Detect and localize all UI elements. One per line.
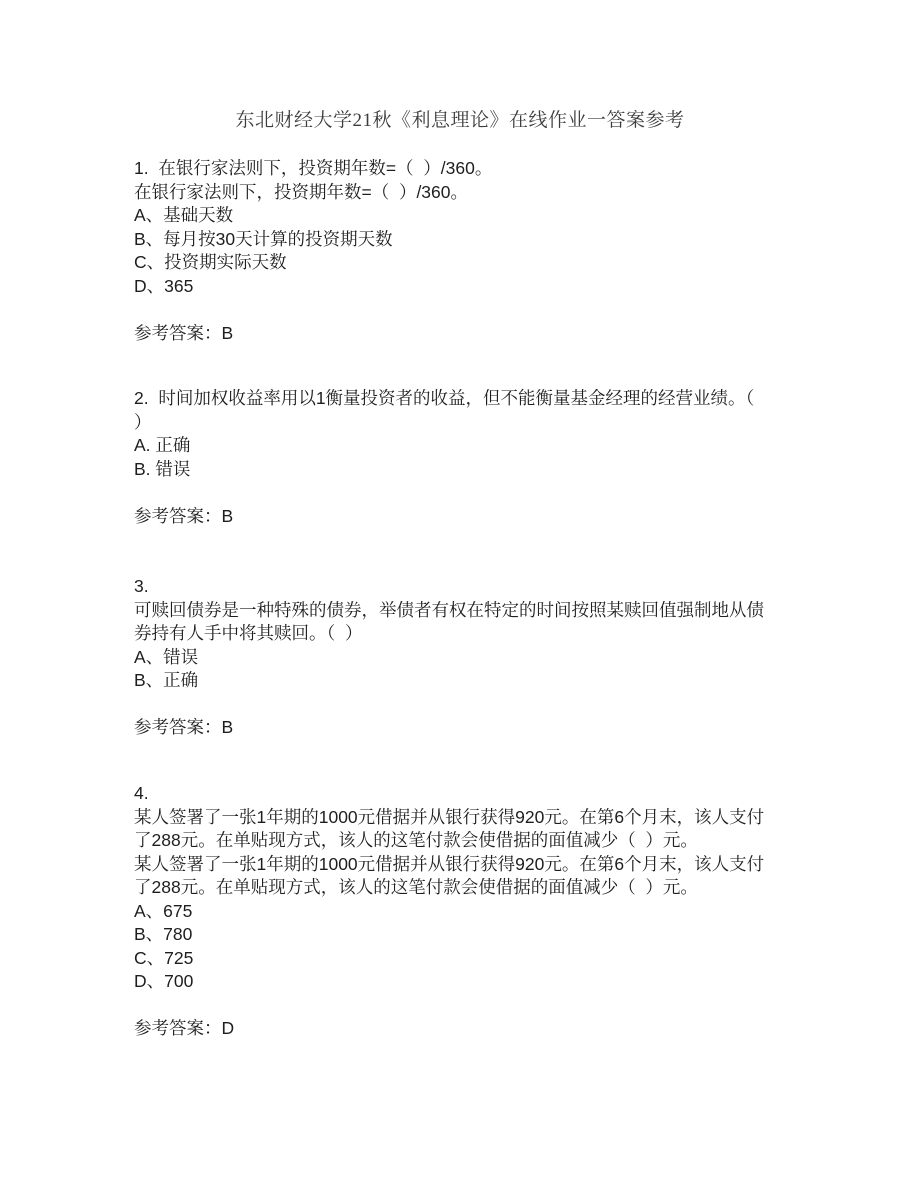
text-line: A、基础天数 — [134, 204, 834, 228]
answer-row-3: 参考答案：B — [134, 716, 834, 740]
text-line: 某人签署了一张1年期的1000元借据并从银行获得920元。在第6个月末，该人支付 — [134, 806, 834, 830]
question-1-lines: 1. 在银行家法则下，投资期年数=（ ）/360。在银行家法则下，投资期年数=（… — [134, 157, 834, 298]
answer-value: B — [222, 323, 234, 343]
text-line: A、错误 — [134, 646, 834, 670]
text-line: C、725 — [134, 947, 834, 971]
answer-label: 参考答案： — [134, 506, 222, 526]
answer-value: B — [222, 506, 234, 526]
answer-label: 参考答案： — [134, 323, 222, 343]
text-line: C、投资期实际天数 — [134, 251, 834, 275]
answer-value: B — [222, 717, 234, 737]
document-page: 东北财经大学21秋《利息理论》在线作业一答案参考 1. 在银行家法则下，投资期年… — [0, 0, 920, 1191]
text-line: 3. — [134, 575, 834, 599]
answer-row-4: 参考答案：D — [134, 1017, 834, 1041]
text-line: 某人签署了一张1年期的1000元借据并从银行获得920元。在第6个月末，该人支付 — [134, 853, 834, 877]
question-3-lines: 3.可赎回债券是一种特殊的债券，举债者有权在特定的时间按照某赎回值强制地从债券持… — [134, 575, 834, 693]
text-line: 1. 在银行家法则下，投资期年数=（ ）/360。 — [134, 157, 834, 181]
text-line: B、780 — [134, 923, 834, 947]
text-line: 可赎回债券是一种特殊的债券，举债者有权在特定的时间按照某赎回值强制地从债 — [134, 599, 834, 623]
question-block-4: 4.某人签署了一张1年期的1000元借据并从银行获得920元。在第6个月末，该人… — [134, 782, 834, 1041]
text-line: A、675 — [134, 900, 834, 924]
answer-label: 参考答案： — [134, 1018, 222, 1038]
text-line: 了288元。在单贴现方式，该人的这笔付款会使借据的面值减少（ ）元。 — [134, 829, 834, 853]
question-block-1: 1. 在银行家法则下，投资期年数=（ ）/360。在银行家法则下，投资期年数=（… — [134, 157, 834, 345]
question-2-lines: 2. 时间加权收益率用以1衡量投资者的收益，但不能衡量基金经理的经营业绩。（）A… — [134, 387, 834, 481]
text-line: 4. — [134, 782, 834, 806]
answer-row-2: 参考答案：B — [134, 505, 834, 529]
text-line: ） — [134, 411, 834, 435]
text-line: B. 错误 — [134, 458, 834, 482]
text-line: 2. 时间加权收益率用以1衡量投资者的收益，但不能衡量基金经理的经营业绩。（ — [134, 387, 834, 411]
text-line: 券持有人手中将其赎回。（ ） — [134, 622, 834, 646]
question-block-3: 3.可赎回债券是一种特殊的债券，举债者有权在特定的时间按照某赎回值强制地从债券持… — [134, 575, 834, 740]
answer-row-1: 参考答案：B — [134, 322, 834, 346]
text-line: 在银行家法则下，投资期年数=（ ）/360。 — [134, 181, 834, 205]
question-block-2: 2. 时间加权收益率用以1衡量投资者的收益，但不能衡量基金经理的经营业绩。（）A… — [134, 387, 834, 528]
answer-value: D — [222, 1018, 235, 1038]
text-line: 了288元。在单贴现方式，该人的这笔付款会使借据的面值减少（ ）元。 — [134, 876, 834, 900]
text-line: D、700 — [134, 970, 834, 994]
question-4-lines: 4.某人签署了一张1年期的1000元借据并从银行获得920元。在第6个月末，该人… — [134, 782, 834, 994]
text-line: B、正确 — [134, 669, 834, 693]
text-line: B、每月按30天计算的投资期天数 — [134, 228, 834, 252]
document-title: 东北财经大学21秋《利息理论》在线作业一答案参考 — [0, 105, 920, 132]
text-line: A. 正确 — [134, 434, 834, 458]
answer-label: 参考答案： — [134, 717, 222, 737]
text-line: D、365 — [134, 275, 834, 299]
